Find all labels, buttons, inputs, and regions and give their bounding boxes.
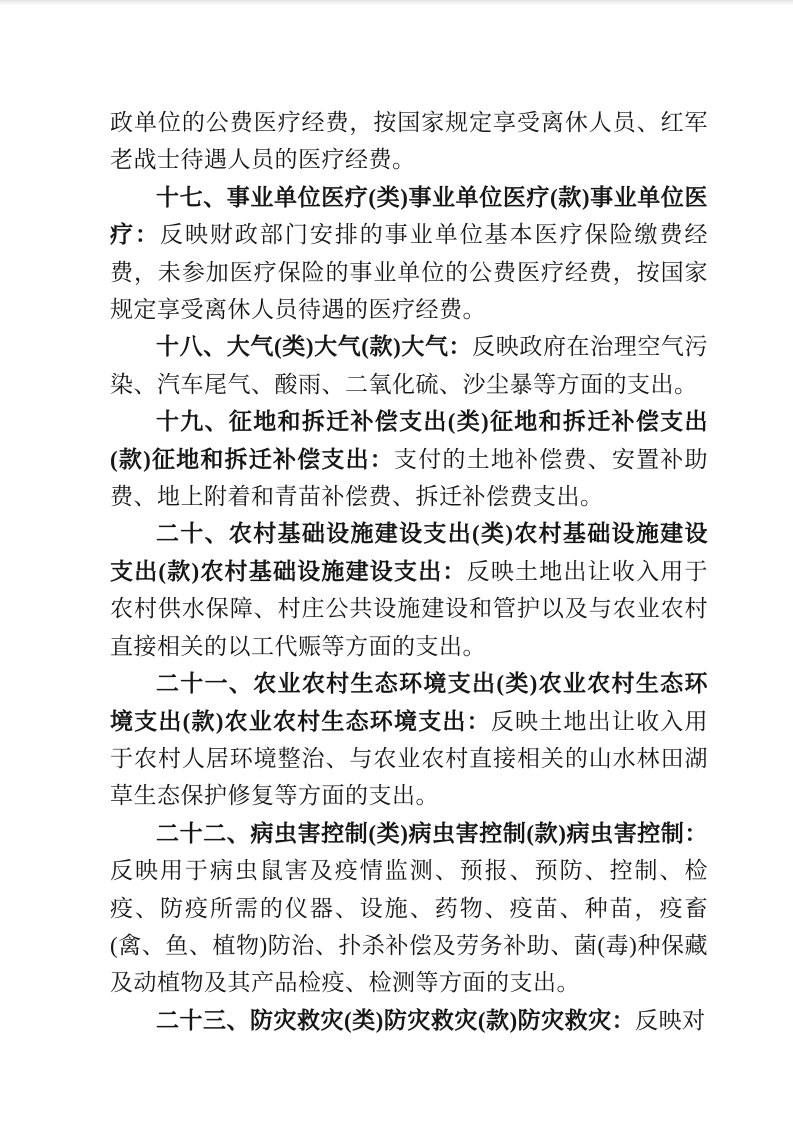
paragraph-body: 政单位的公费医疗经费，按国家规定享受离休人员、红军老战士待遇人员的医疗经费。 (110, 110, 708, 172)
paragraph: 二十二、病虫害控制(类)病虫害控制(款)病虫害控制：反映用于病虫鼠害及疫情监测、… (110, 815, 708, 1002)
paragraph-body: 反映对 (635, 1008, 706, 1033)
paragraph-body: 反映用于病虫鼠害及疫情监测、预报、预防、控制、检疫、防疫所需的仪器、设施、药物、… (110, 858, 708, 995)
paragraph: 二十三、防灾救灾(类)防灾救灾(款)防灾救灾：反映对 (110, 1002, 708, 1039)
document-text-block: 政单位的公费医疗经费，按国家规定享受离休人员、红军老战士待遇人员的医疗经费。十七… (110, 104, 708, 1039)
paragraph: 十七、事业单位医疗(类)事业单位医疗(款)事业单位医疗：反映财政部门安排的事业单… (110, 179, 708, 329)
paragraph: 政单位的公费医疗经费，按国家规定享受离休人员、红军老战士待遇人员的医疗经费。 (110, 104, 708, 179)
paragraph-lead: 二十三、防灾救灾(类)防灾救灾(款)防灾救灾： (156, 1008, 635, 1033)
scan-edge-shadow (0, 0, 793, 5)
paragraph: 十八、大气(类)大气(款)大气：反映政府在治理空气污染、汽车尾气、酸雨、二氧化硫… (110, 328, 708, 403)
paragraph-body: 反映财政部门安排的事业单位基本医疗保险缴费经费，未参加医疗保险的事业单位的公费医… (110, 222, 708, 322)
paragraph: 二十、农村基础设施建设支出(类)农村基础设施建设支出(款)农村基础设施建设支出：… (110, 515, 708, 665)
paragraph-lead: 二十二、病虫害控制(类)病虫害控制(款)病虫害控制： (156, 821, 708, 846)
paragraph: 二十一、农业农村生态环境支出(类)农业农村生态环境支出(款)农业农村生态环境支出… (110, 665, 708, 815)
paragraph: 十九、征地和拆迁补偿支出(类)征地和拆迁补偿支出(款)征地和拆迁补偿支出：支付的… (110, 403, 708, 515)
document-page: 政单位的公费医疗经费，按国家规定享受离休人员、红军老战士待遇人员的医疗经费。十七… (0, 0, 793, 1122)
paragraph-lead: 十八、大气(类)大气(款)大气： (156, 334, 472, 359)
